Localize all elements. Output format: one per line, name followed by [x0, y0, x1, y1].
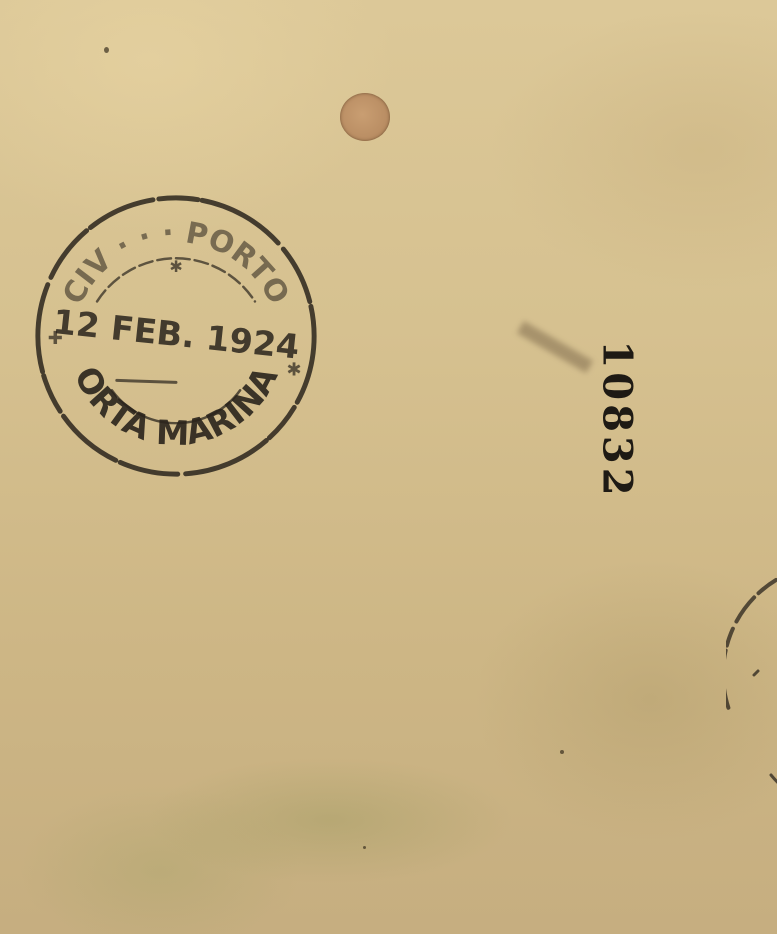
ink-smudge — [517, 321, 593, 373]
paper-document: CIV · · · PORTO ✱ 12 FEB. 1924 ✚ ✱ ORTA … — [0, 0, 777, 934]
svg-text:✱: ✱ — [169, 259, 182, 276]
postmark-location: ORTA MARINA — [67, 360, 286, 453]
svg-text:✚: ✚ — [48, 328, 63, 348]
partial-postmark — [726, 575, 777, 795]
serial-number: 10832 — [594, 340, 641, 499]
ink-speck — [560, 750, 564, 754]
ink-speck — [104, 47, 109, 53]
postmark-stamp: CIV · · · PORTO ✱ 12 FEB. 1924 ✚ ✱ ORTA … — [28, 188, 324, 484]
ink-speck — [363, 846, 366, 849]
svg-text:✱: ✱ — [287, 359, 302, 379]
punched-hole — [340, 93, 390, 141]
svg-text:ORTA MARINA: ORTA MARINA — [67, 360, 286, 453]
postmark-date: 12 FEB. 1924 — [51, 302, 301, 367]
